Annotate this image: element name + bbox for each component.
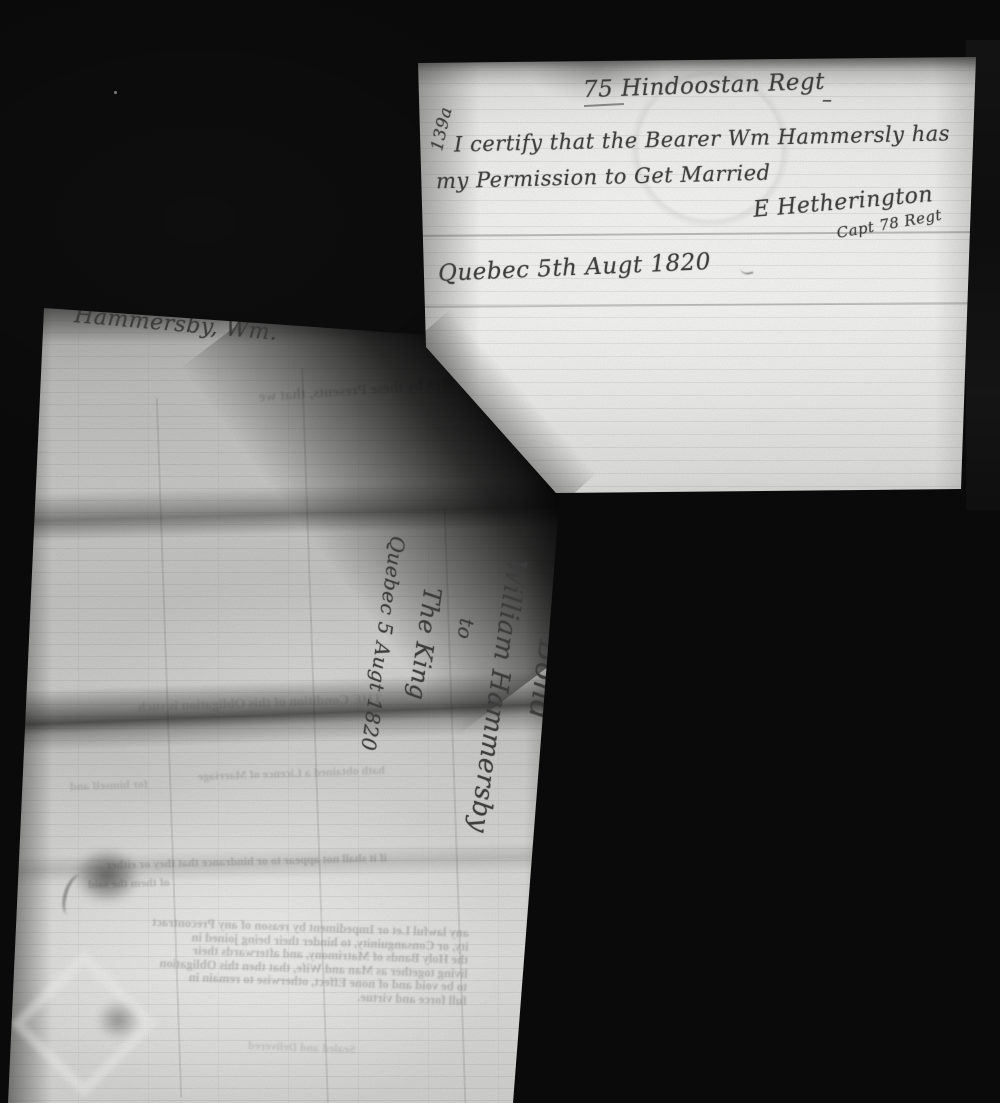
dateline: Quebec 5th Augt 1820 <box>438 249 712 287</box>
bleedthrough-sealed: Sealed and Delivered <box>248 1038 356 1057</box>
certificate-document: 139a 75 Hindoostan Regt – I certify that… <box>418 57 976 493</box>
bleedthrough-fragment: for himself and <box>70 777 148 795</box>
microfilm-scan: KNOW all Men by these Presents, that we … <box>0 0 1000 1103</box>
heading-underline <box>584 103 624 107</box>
pen-tick-mark <box>739 262 754 277</box>
endorsed-name: Hammersby, Wm. <box>73 303 278 346</box>
docket-block: Bond William Hammersby to The King Quebe… <box>324 532 583 889</box>
ruled-line <box>418 302 976 307</box>
fold-shadow <box>0 477 609 542</box>
bond-document: KNOW all Men by these Presents, that we … <box>8 308 560 1103</box>
file-number: 139a <box>422 84 461 174</box>
diamond-smudge <box>96 1000 140 1040</box>
dust-speck <box>114 91 117 94</box>
heading-dash: – <box>822 87 833 111</box>
